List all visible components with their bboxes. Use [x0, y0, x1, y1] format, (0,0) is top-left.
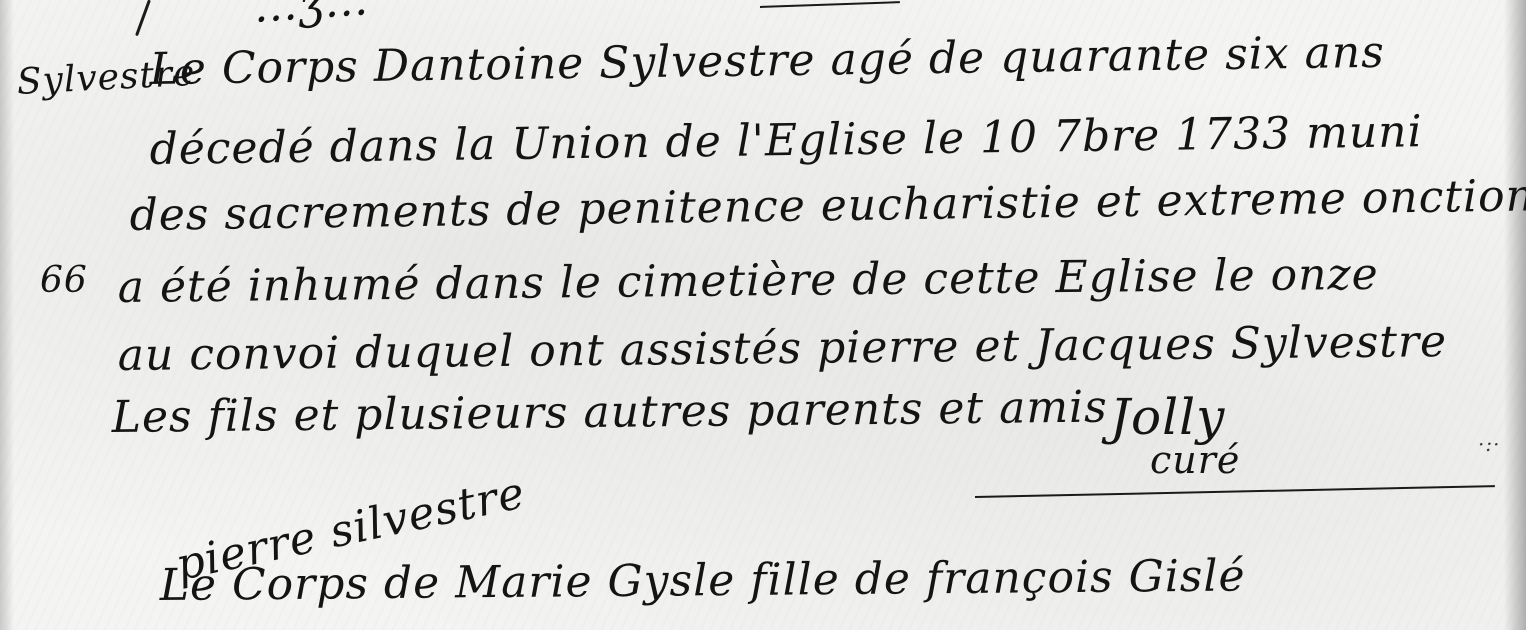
margin-entry-number: 66: [40, 260, 88, 301]
entry-line-2: décedé dans la Union de l'Eglise le 10 7…: [149, 106, 1423, 175]
signature-underline: [975, 485, 1495, 498]
entry-line-1: Le Corps Dantoine Sylvestre agé de quara…: [149, 27, 1385, 95]
descender-stroke: [135, 0, 151, 36]
page-left-shadow: [0, 0, 14, 630]
entry-line-5: au convoi duquel ont assistés pierre et …: [117, 316, 1447, 381]
manuscript-page: …ʒ… Sylvestre 66 Le Corps Dantoine Sylve…: [0, 0, 1526, 630]
page-right-shadow: [1504, 0, 1526, 630]
entry-line-6: Les fils et plusieurs autres parents et …: [111, 382, 1107, 443]
entry-line-4: a été inhumé dans le cimetière de cette …: [117, 249, 1378, 313]
previous-entry-flourish: [760, 1, 900, 8]
entry-2-line-1: Le Corps de Marie Gysle fille de françoi…: [160, 551, 1246, 611]
priest-title: curé: [1150, 438, 1240, 482]
side-mark: ·:·: [1478, 432, 1500, 456]
entry-line-3: des sacrements de penitence eucharistie …: [129, 170, 1526, 241]
top-fragment: …ʒ…: [251, 0, 370, 33]
